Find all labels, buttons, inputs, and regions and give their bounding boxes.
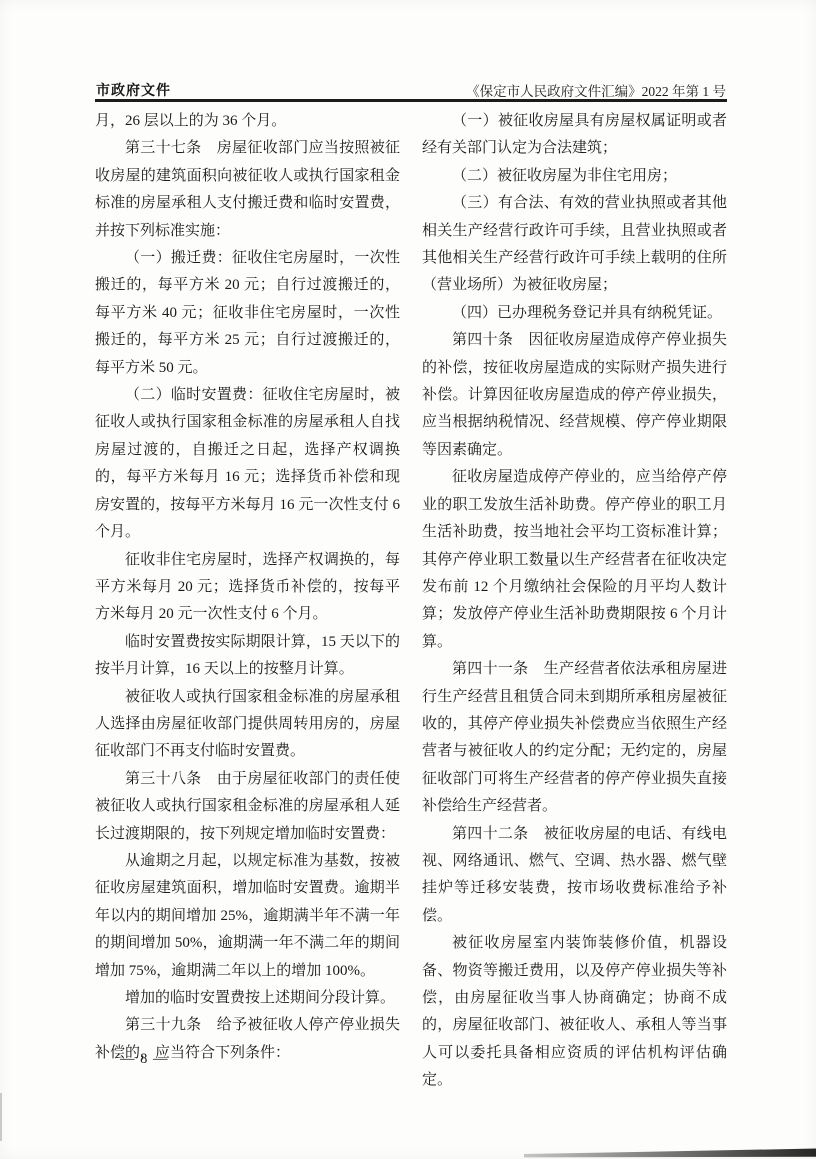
document-body: 月，26 层以上的为 36 个月。第三十七条 房屋征收部门应当按照被征收房屋的建… xyxy=(95,108,727,1095)
paragraph: （三）有合法、有效的营业执照或者其他相关生产经营行政许可手续，且营业执照或者其他… xyxy=(422,190,727,300)
paragraph: 增加的临时安置费按上述期间分段计算。 xyxy=(95,985,400,1012)
paragraph: 第三十七条 房屋征收部门应当按照被征收房屋的建筑面积向被征收人或执行国家租金标准… xyxy=(95,135,400,245)
scan-shadow-artifact xyxy=(524,1148,816,1159)
paragraph: 第三十八条 由于房屋征收部门的责任使被征收人或执行国家租金标准的房屋承租人延长过… xyxy=(95,766,400,848)
paragraph: 第四十二条 被征收房屋的电话、有线电视、网络通讯、燃气、空调、热水器、燃气壁挂炉… xyxy=(422,821,727,931)
scan-edge-artifact xyxy=(0,1093,2,1141)
left-column: 月，26 层以上的为 36 个月。第三十七条 房屋征收部门应当按照被征收房屋的建… xyxy=(95,108,400,1095)
paragraph: 第四十条 因征收房屋造成停产停业损失的补偿，按征收房屋造成的实际财产损失进行补偿… xyxy=(422,327,727,464)
paragraph: （二）临时安置费：征收住宅房屋时，被征收人或执行国家租金标准的房屋承租人自找房屋… xyxy=(95,382,400,546)
paragraph: （一）被征收房屋具有房屋权属证明或者经有关部门认定为合法建筑； xyxy=(422,108,727,163)
paragraph: （一）搬迁费：征收住宅房屋时，一次性搬迁的，每平方米 20 元；自行过渡搬迁的，… xyxy=(95,245,400,382)
paragraph: 被征收人或执行国家租金标准的房屋承租人选择由房屋征收部门提供周转用房的，房屋征收… xyxy=(95,684,400,766)
paragraph: 从逾期之月起，以规定标准为基数，按被征收房屋建筑面积，增加临时安置费。逾期半年以… xyxy=(95,848,400,985)
paragraph: 征收非住宅房屋时，选择产权调换的，每平方米每月 20 元；选择货币补偿的，按每平… xyxy=(95,547,400,629)
paragraph: （四）已办理税务登记并具有纳税凭证。 xyxy=(422,300,727,327)
paragraph: 第四十一条 生产经营者依法承租房屋进行生产经营且租赁合同未到期所承租房屋被征收的… xyxy=(422,656,727,820)
paragraph: 临时安置费按实际期限计算，15 天以下的按半月计算，16 天以上的按整月计算。 xyxy=(95,629,400,684)
paragraph: 被征收房屋室内装饰装修价值，机器设备、物资等搬迁费用，以及停产停业损失等补偿，由… xyxy=(422,930,727,1094)
page-number: — 8 — xyxy=(120,1051,169,1068)
paragraph: （二）被征收房屋为非住宅用房； xyxy=(422,163,727,190)
page-header: 市政府文件 《保定市人民政府文件汇编》2022 年第 1 号 xyxy=(96,80,726,100)
paragraph: 月，26 层以上的为 36 个月。 xyxy=(95,108,400,135)
header-right-title: 《保定市人民政府文件汇编》2022 年第 1 号 xyxy=(466,80,726,100)
document-page: 市政府文件 《保定市人民政府文件汇编》2022 年第 1 号 月，26 层以上的… xyxy=(0,0,816,1159)
header-left-title: 市政府文件 xyxy=(96,80,171,100)
paragraph: 征收房屋造成停产停业的，应当给停产停业的职工发放生活补助费。停产停业的职工月生活… xyxy=(422,464,727,656)
header-rule xyxy=(95,99,727,102)
right-column: （一）被征收房屋具有房屋权属证明或者经有关部门认定为合法建筑；（二）被征收房屋为… xyxy=(422,108,727,1095)
